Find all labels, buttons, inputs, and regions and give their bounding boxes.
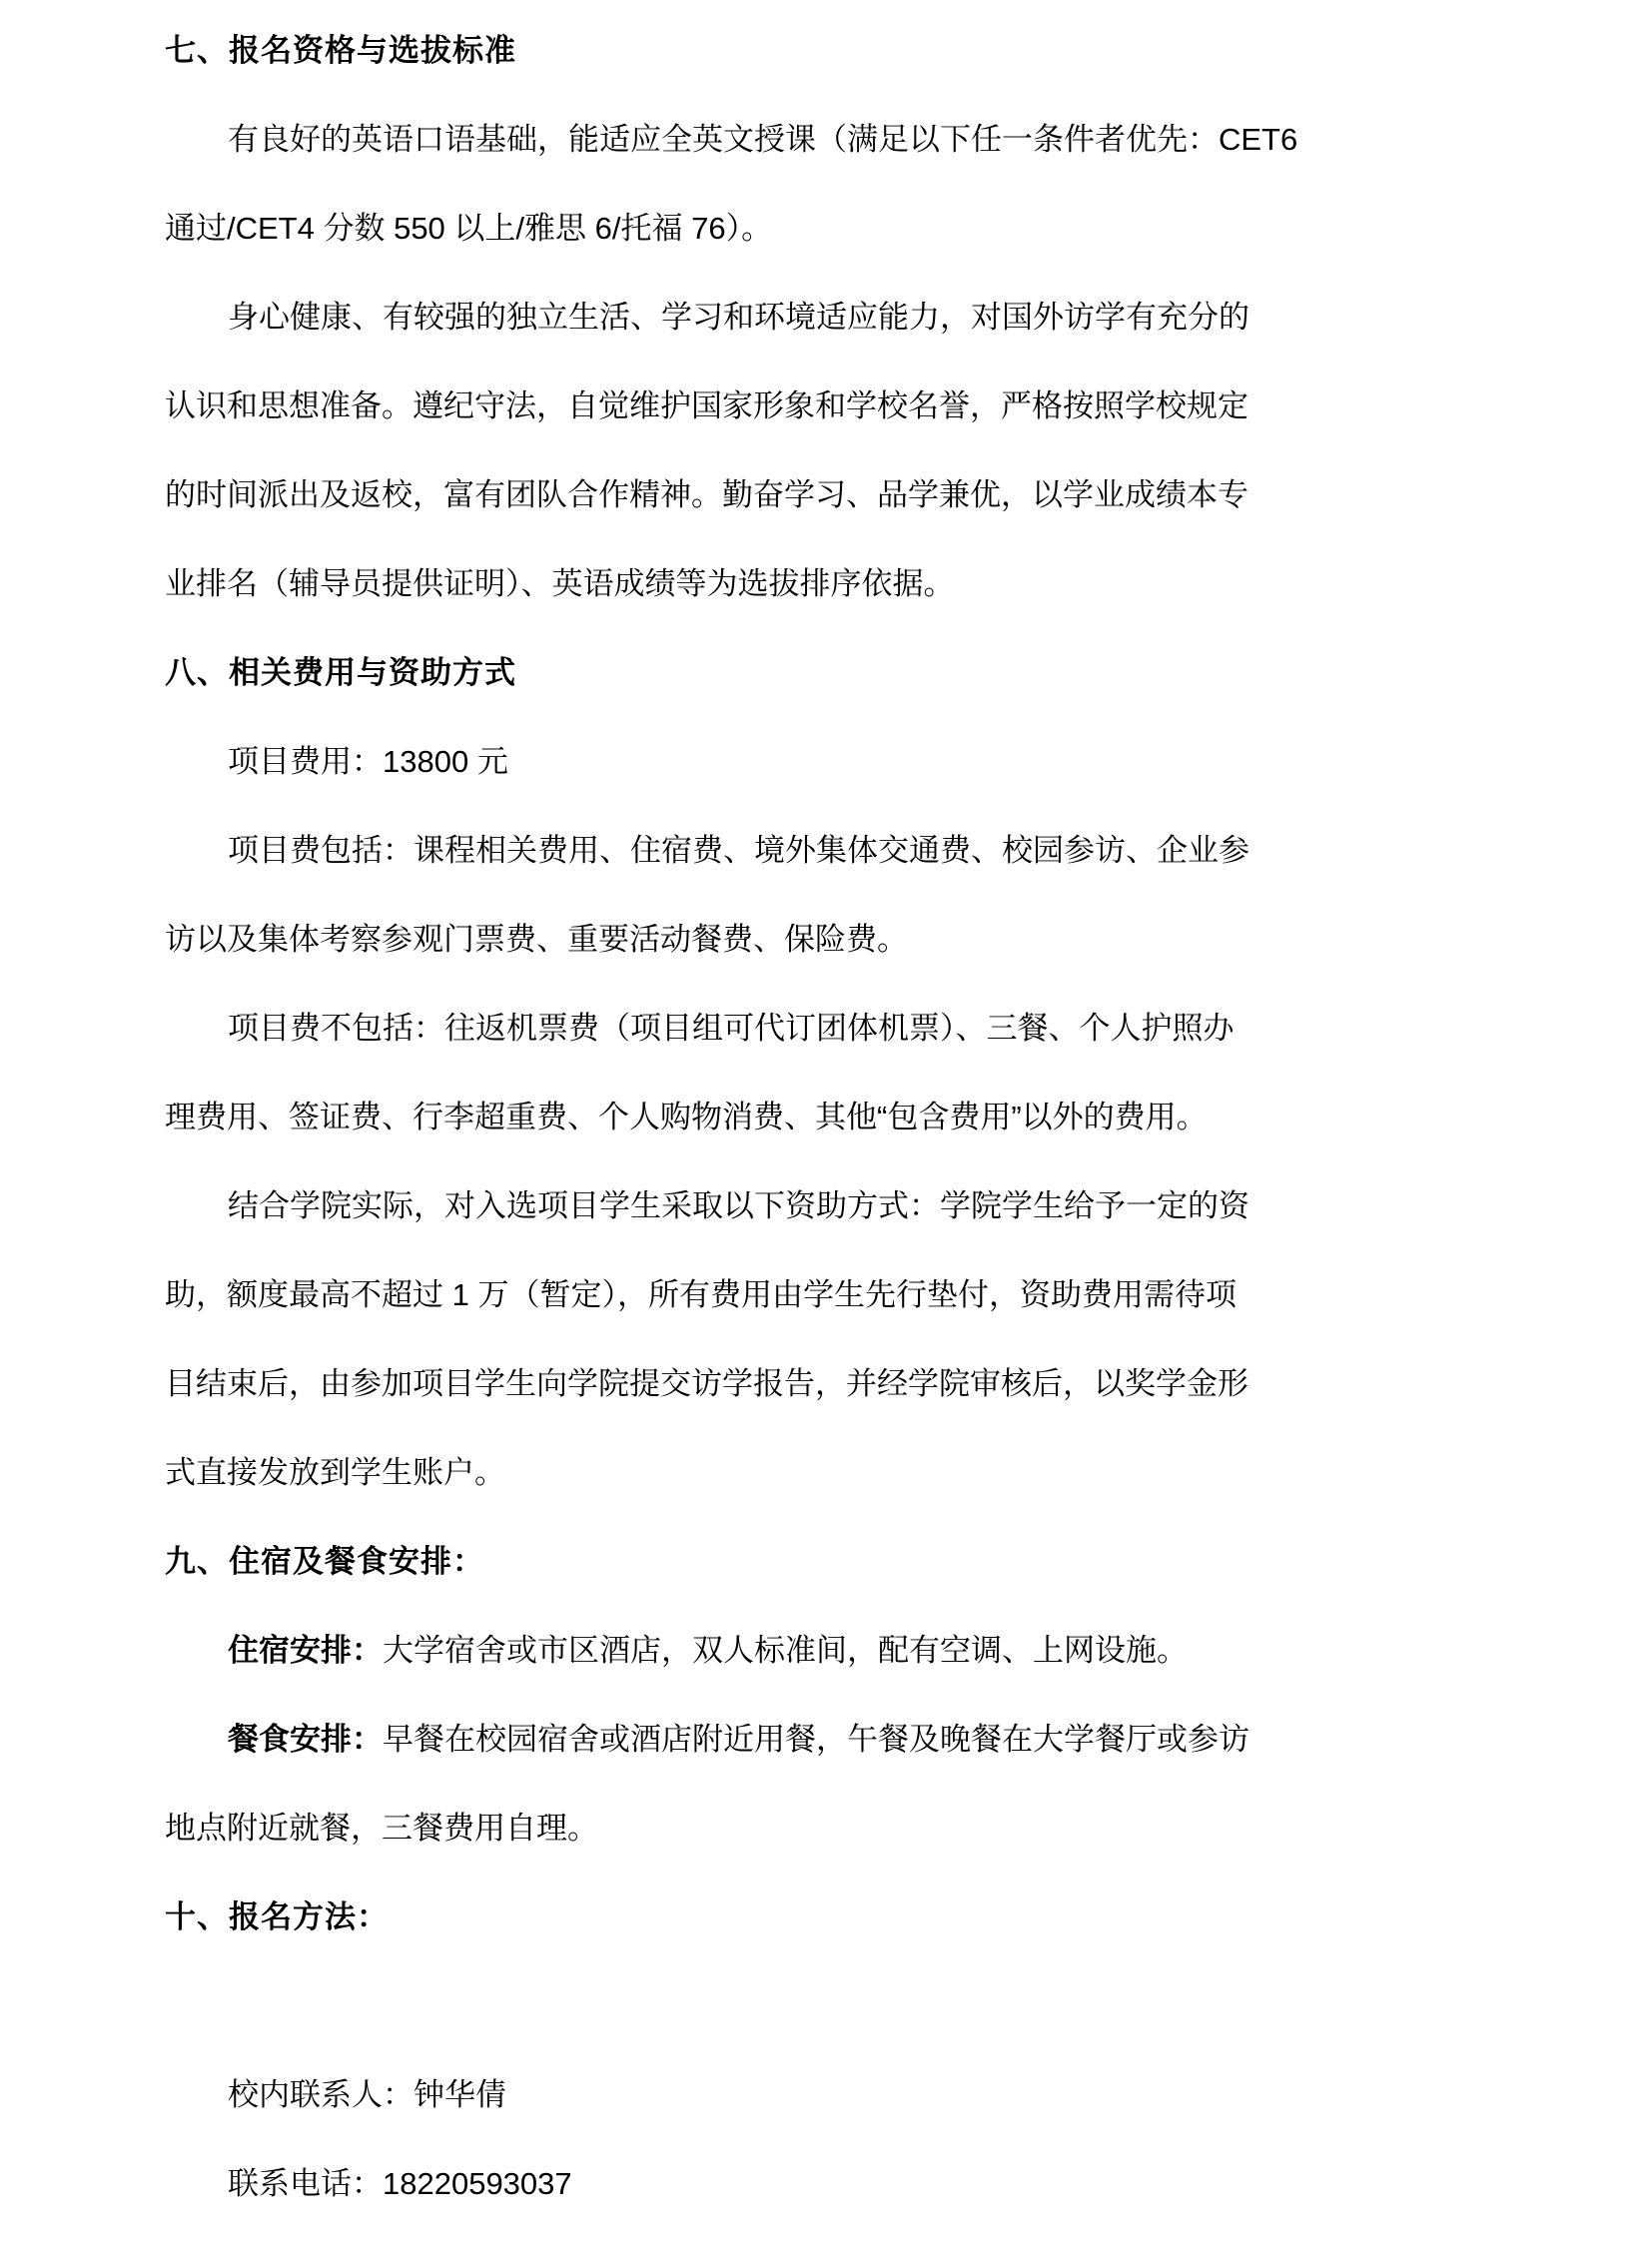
section-10-heading-text: 十、报名方法： xyxy=(165,1873,1542,1961)
text-line: 的时间派出及返校，富有团队合作精神。勤奋学习、品学兼优，以学业成绩本专 xyxy=(165,450,1542,539)
section-7-paragraph-1: 有良好的英语口语基础，能适应全英文授课（满足以下任一条件者优先：CET6通过/C… xyxy=(165,95,1542,273)
blank-line-1 xyxy=(165,1961,1542,2050)
text-line: 住宿安排：大学宿舍或市区酒店，双人标准间，配有空调、上网设施。 xyxy=(165,1606,1542,1695)
section-9-heading-text: 九、住宿及餐食安排： xyxy=(165,1517,1542,1606)
text-line: 业排名（辅导员提供证明）、英语成绩等为选拔排序依据。 xyxy=(165,539,1542,628)
text-line: 项目费不包括：往返机票费（项目组可代订团体机票）、三餐、个人护照办 xyxy=(165,984,1542,1073)
section-8-paragraph-1: 项目费用：13800 元 xyxy=(165,717,1542,806)
text-line: 身心健康、有较强的独立生活、学习和环境适应能力，对国外访学有充分的 xyxy=(165,273,1542,362)
bold-run-label: 餐食安排： xyxy=(228,1722,383,1757)
section-7-heading-text: 七、报名资格与选拔标准 xyxy=(165,6,1542,95)
text-line: 结合学院实际，对入选项目学生采取以下资助方式：学院学生给予一定的资 xyxy=(165,1161,1542,1250)
section-9-heading: 九、住宿及餐食安排： xyxy=(165,1517,1542,1606)
section-7-heading: 七、报名资格与选拔标准 xyxy=(165,6,1542,95)
text-line: 通过/CET4 分数 550 以上/雅思 6/托福 76）。 xyxy=(165,184,1542,273)
bold-run-label: 住宿安排： xyxy=(228,1633,383,1668)
text-line: 联系电话：18220593037 xyxy=(165,2139,1542,2228)
text-line: 项目费用：13800 元 xyxy=(165,717,1542,806)
section-8-heading-text: 八、相关费用与资助方式 xyxy=(165,628,1542,717)
document-page: 七、报名资格与选拔标准有良好的英语口语基础，能适应全英文授课（满足以下任一条件者… xyxy=(0,0,1652,2248)
text-line: 地点附近就餐，三餐费用自理。 xyxy=(165,1784,1542,1873)
text-line: 目结束后，由参加项目学生向学院提交访学报告，并经学院审核后，以奖学金形 xyxy=(165,1339,1542,1428)
contact-person-line: 校内联系人：钟华倩 xyxy=(165,2050,1542,2139)
text-line: 认识和思想准备。遵纪守法，自觉维护国家形象和学校名誉，严格按照学校规定 xyxy=(165,362,1542,450)
section-8-paragraph-3: 项目费不包括：往返机票费（项目组可代订团体机票）、三餐、个人护照办理费用、签证费… xyxy=(165,984,1542,1161)
section-8-paragraph-2: 项目费包括：课程相关费用、住宿费、境外集体交通费、校园参访、企业参访以及集体考察… xyxy=(165,806,1542,984)
text-line: 餐食安排：早餐在校园宿舍或酒店附近用餐，午餐及晚餐在大学餐厅或参访 xyxy=(165,1695,1542,1784)
section-8-paragraph-4: 结合学院实际，对入选项目学生采取以下资助方式：学院学生给予一定的资助，额度最高不… xyxy=(165,1161,1542,1517)
contact-phone-line: 联系电话：18220593037 xyxy=(165,2139,1542,2228)
text-line: 理费用、签证费、行李超重费、个人购物消费、其他“包含费用”以外的费用。 xyxy=(165,1073,1542,1161)
section-10-heading: 十、报名方法： xyxy=(165,1873,1542,1961)
text-line: 校内联系人：钟华倩 xyxy=(165,2050,1542,2139)
line-text: 大学宿舍或市区酒店，双人标准间，配有空调、上网设施。 xyxy=(383,1633,1188,1668)
text-line: 访以及集体考察参观门票费、重要活动餐费、保险费。 xyxy=(165,895,1542,984)
section-9-paragraph-1: 住宿安排：大学宿舍或市区酒店，双人标准间，配有空调、上网设施。 xyxy=(165,1606,1542,1695)
section-9-paragraph-2: 餐食安排：早餐在校园宿舍或酒店附近用餐，午餐及晚餐在大学餐厅或参访地点附近就餐，… xyxy=(165,1695,1542,1873)
text-line: 式直接发放到学生账户。 xyxy=(165,1428,1542,1517)
section-8-heading: 八、相关费用与资助方式 xyxy=(165,628,1542,717)
text-line: 项目费包括：课程相关费用、住宿费、境外集体交通费、校园参访、企业参 xyxy=(165,806,1542,895)
line-text: 早餐在校园宿舍或酒店附近用餐，午餐及晚餐在大学餐厅或参访 xyxy=(383,1722,1249,1757)
text-line: 助，额度最高不超过 1 万（暂定），所有费用由学生先行垫付，资助费用需待项 xyxy=(165,1250,1542,1339)
section-7-paragraph-2: 身心健康、有较强的独立生活、学习和环境适应能力，对国外访学有充分的认识和思想准备… xyxy=(165,273,1542,628)
text-line: 有良好的英语口语基础，能适应全英文授课（满足以下任一条件者优先：CET6 xyxy=(165,95,1542,184)
